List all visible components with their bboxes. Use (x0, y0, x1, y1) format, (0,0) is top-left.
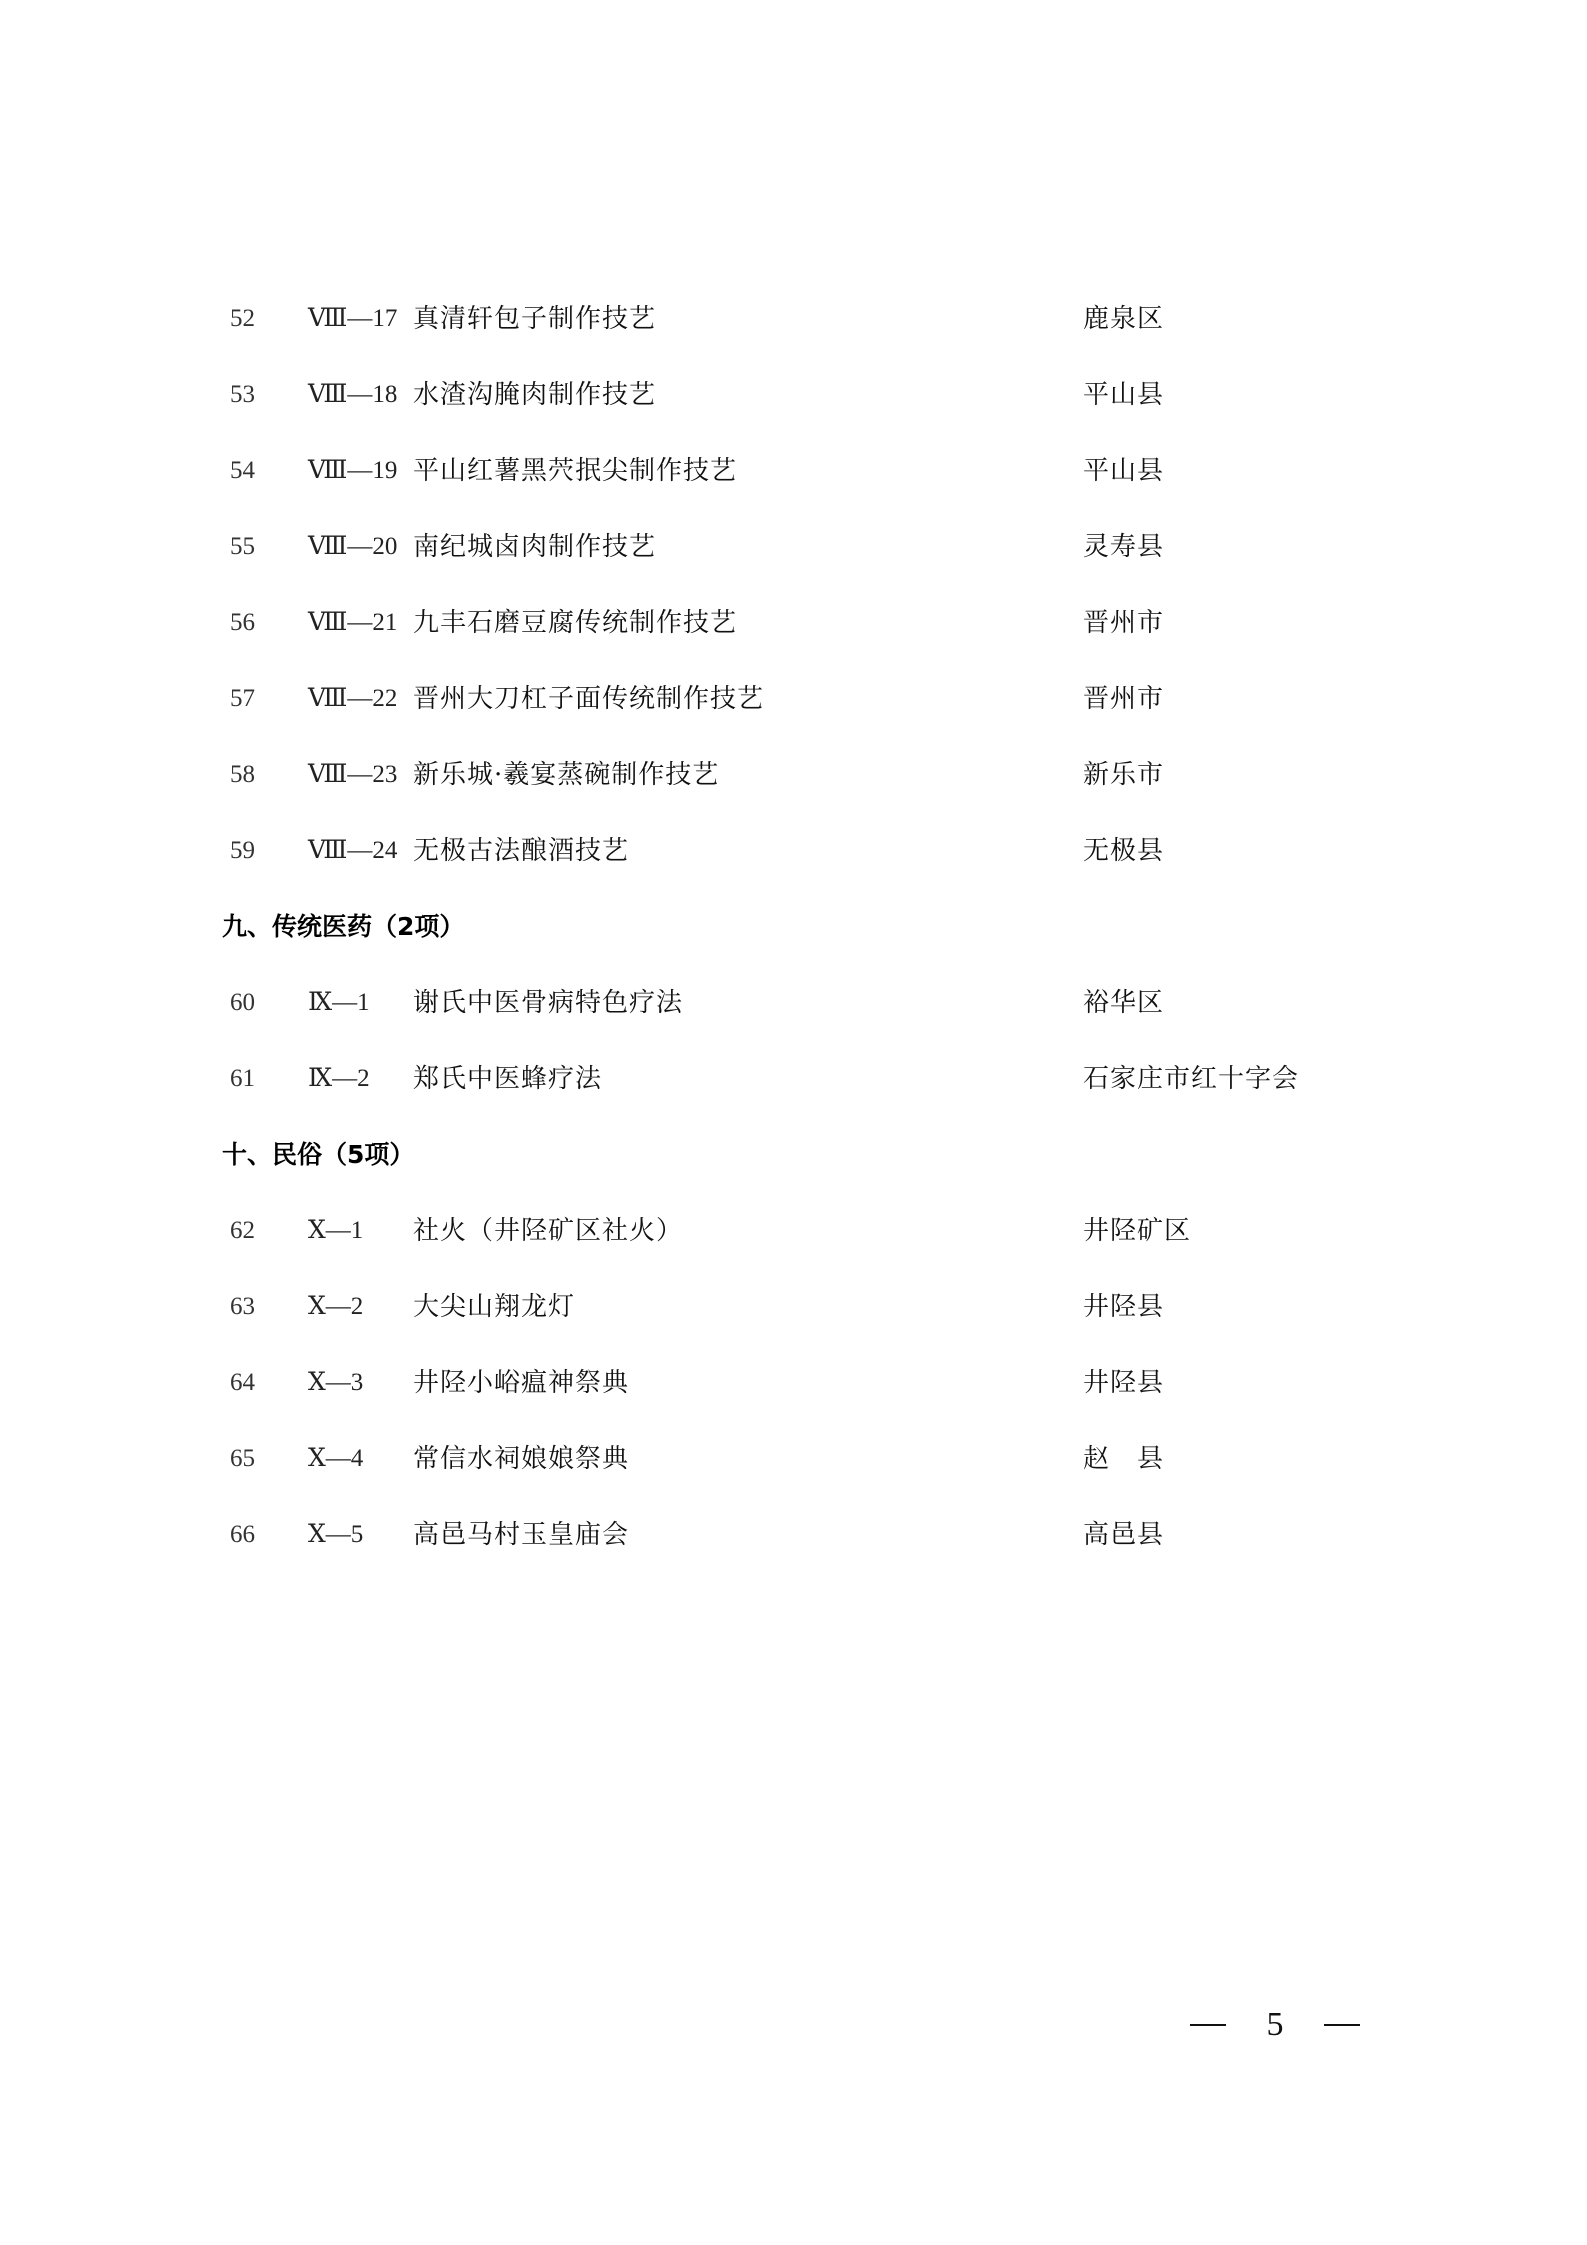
list-item: 61 Ⅸ—2 郑氏中医蜂疗法 石家庄市红十字会 (0, 1059, 1587, 1099)
item-region: 无极县 (1083, 831, 1164, 871)
item-name: 晋州大刀杠子面传统制作技艺 (413, 679, 764, 719)
item-name: 社火（井陉矿区社火） (413, 1211, 683, 1251)
item-region: 平山县 (1083, 375, 1164, 415)
item-name: 大尖山翔龙灯 (413, 1287, 575, 1327)
item-region: 井陉矿区 (1083, 1211, 1191, 1251)
item-code: Ⅹ—1 (308, 1211, 363, 1251)
section-heading-traditional-medicine: 九、传统医药（2项） (222, 907, 464, 947)
item-number: 66 (230, 1515, 255, 1555)
document-page: 52 Ⅷ—17 真清轩包子制作技艺 鹿泉区 53 Ⅷ—18 水渣沟腌肉制作技艺 … (0, 0, 1587, 2245)
item-code: Ⅷ—18 (308, 375, 397, 415)
item-region: 新乐市 (1083, 755, 1164, 795)
item-name: 常信水祠娘娘祭典 (413, 1439, 629, 1479)
page-number-value: 5 (1267, 2006, 1284, 2044)
section-heading-row: 十、民俗（5项） (0, 1135, 1587, 1175)
list-item: 62 Ⅹ—1 社火（井陉矿区社火） 井陉矿区 (0, 1211, 1587, 1251)
item-code: Ⅹ—2 (308, 1287, 363, 1327)
item-code: Ⅹ—3 (308, 1363, 363, 1403)
list-item: 65 Ⅹ—4 常信水祠娘娘祭典 赵 县 (0, 1439, 1587, 1479)
item-code: Ⅹ—4 (308, 1439, 363, 1479)
item-name: 新乐城·羲宴蒸碗制作技艺 (413, 755, 719, 795)
item-region: 鹿泉区 (1083, 299, 1164, 339)
item-region: 裕华区 (1083, 983, 1164, 1023)
item-region: 赵 县 (1083, 1439, 1164, 1479)
list-item: 56 Ⅷ—21 九丰石磨豆腐传统制作技艺 晋州市 (0, 603, 1587, 643)
item-number: 57 (230, 679, 255, 719)
item-number: 65 (230, 1439, 255, 1479)
item-code: Ⅹ—5 (308, 1515, 363, 1555)
item-name: 无极古法酿酒技艺 (413, 831, 629, 871)
list-item: 64 Ⅹ—3 井陉小峪瘟神祭典 井陉县 (0, 1363, 1587, 1403)
page-number-dash-right (1324, 2024, 1360, 2026)
item-number: 52 (230, 299, 255, 339)
list-item: 60 Ⅸ—1 谢氏中医骨病特色疗法 裕华区 (0, 983, 1587, 1023)
item-region: 晋州市 (1083, 679, 1164, 719)
item-name: 井陉小峪瘟神祭典 (413, 1363, 629, 1403)
item-name: 谢氏中医骨病特色疗法 (413, 983, 683, 1023)
item-number: 54 (230, 451, 255, 491)
item-number: 60 (230, 983, 255, 1023)
item-code: Ⅷ—20 (308, 527, 397, 567)
item-name: 高邑马村玉皇庙会 (413, 1515, 629, 1555)
item-name: 平山红薯黑茓抿尖制作技艺 (413, 451, 737, 491)
item-region: 平山县 (1083, 451, 1164, 491)
list-item: 58 Ⅷ—23 新乐城·羲宴蒸碗制作技艺 新乐市 (0, 755, 1587, 795)
item-region: 井陉县 (1083, 1363, 1164, 1403)
item-code: Ⅷ—21 (308, 603, 397, 643)
item-name: 水渣沟腌肉制作技艺 (413, 375, 656, 415)
item-name: 南纪城卤肉制作技艺 (413, 527, 656, 567)
item-number: 64 (230, 1363, 255, 1403)
item-number: 61 (230, 1059, 255, 1099)
item-code: Ⅸ—1 (308, 983, 370, 1023)
list-item: 53 Ⅷ—18 水渣沟腌肉制作技艺 平山县 (0, 375, 1587, 415)
item-code: Ⅷ—24 (308, 831, 397, 871)
list-item: 63 Ⅹ—2 大尖山翔龙灯 井陉县 (0, 1287, 1587, 1327)
page-number-dash-left (1190, 2024, 1226, 2026)
item-region: 井陉县 (1083, 1287, 1164, 1327)
list-item: 57 Ⅷ—22 晋州大刀杠子面传统制作技艺 晋州市 (0, 679, 1587, 719)
list-item: 59 Ⅷ—24 无极古法酿酒技艺 无极县 (0, 831, 1587, 871)
item-number: 56 (230, 603, 255, 643)
item-name: 九丰石磨豆腐传统制作技艺 (413, 603, 737, 643)
section-heading-row: 九、传统医药（2项） (0, 907, 1587, 947)
item-region: 晋州市 (1083, 603, 1164, 643)
item-name: 郑氏中医蜂疗法 (413, 1059, 602, 1099)
item-number: 59 (230, 831, 255, 871)
item-name: 真清轩包子制作技艺 (413, 299, 656, 339)
item-code: Ⅷ—17 (308, 299, 397, 339)
item-code: Ⅸ—2 (308, 1059, 370, 1099)
item-code: Ⅷ—19 (308, 451, 397, 491)
item-region: 石家庄市红十字会 (1083, 1059, 1299, 1099)
item-number: 55 (230, 527, 255, 567)
item-code: Ⅷ—22 (308, 679, 397, 719)
item-number: 58 (230, 755, 255, 795)
page-number: 5 (1190, 2005, 1360, 2045)
list-item: 55 Ⅷ—20 南纪城卤肉制作技艺 灵寿县 (0, 527, 1587, 567)
item-number: 63 (230, 1287, 255, 1327)
list-item: 66 Ⅹ—5 高邑马村玉皇庙会 高邑县 (0, 1515, 1587, 1555)
item-number: 62 (230, 1211, 255, 1251)
item-code: Ⅷ—23 (308, 755, 397, 795)
item-number: 53 (230, 375, 255, 415)
list-item: 52 Ⅷ—17 真清轩包子制作技艺 鹿泉区 (0, 299, 1587, 339)
item-region: 高邑县 (1083, 1515, 1164, 1555)
section-heading-folk-customs: 十、民俗（5项） (222, 1135, 414, 1175)
item-region: 灵寿县 (1083, 527, 1164, 567)
list-item: 54 Ⅷ—19 平山红薯黑茓抿尖制作技艺 平山县 (0, 451, 1587, 491)
